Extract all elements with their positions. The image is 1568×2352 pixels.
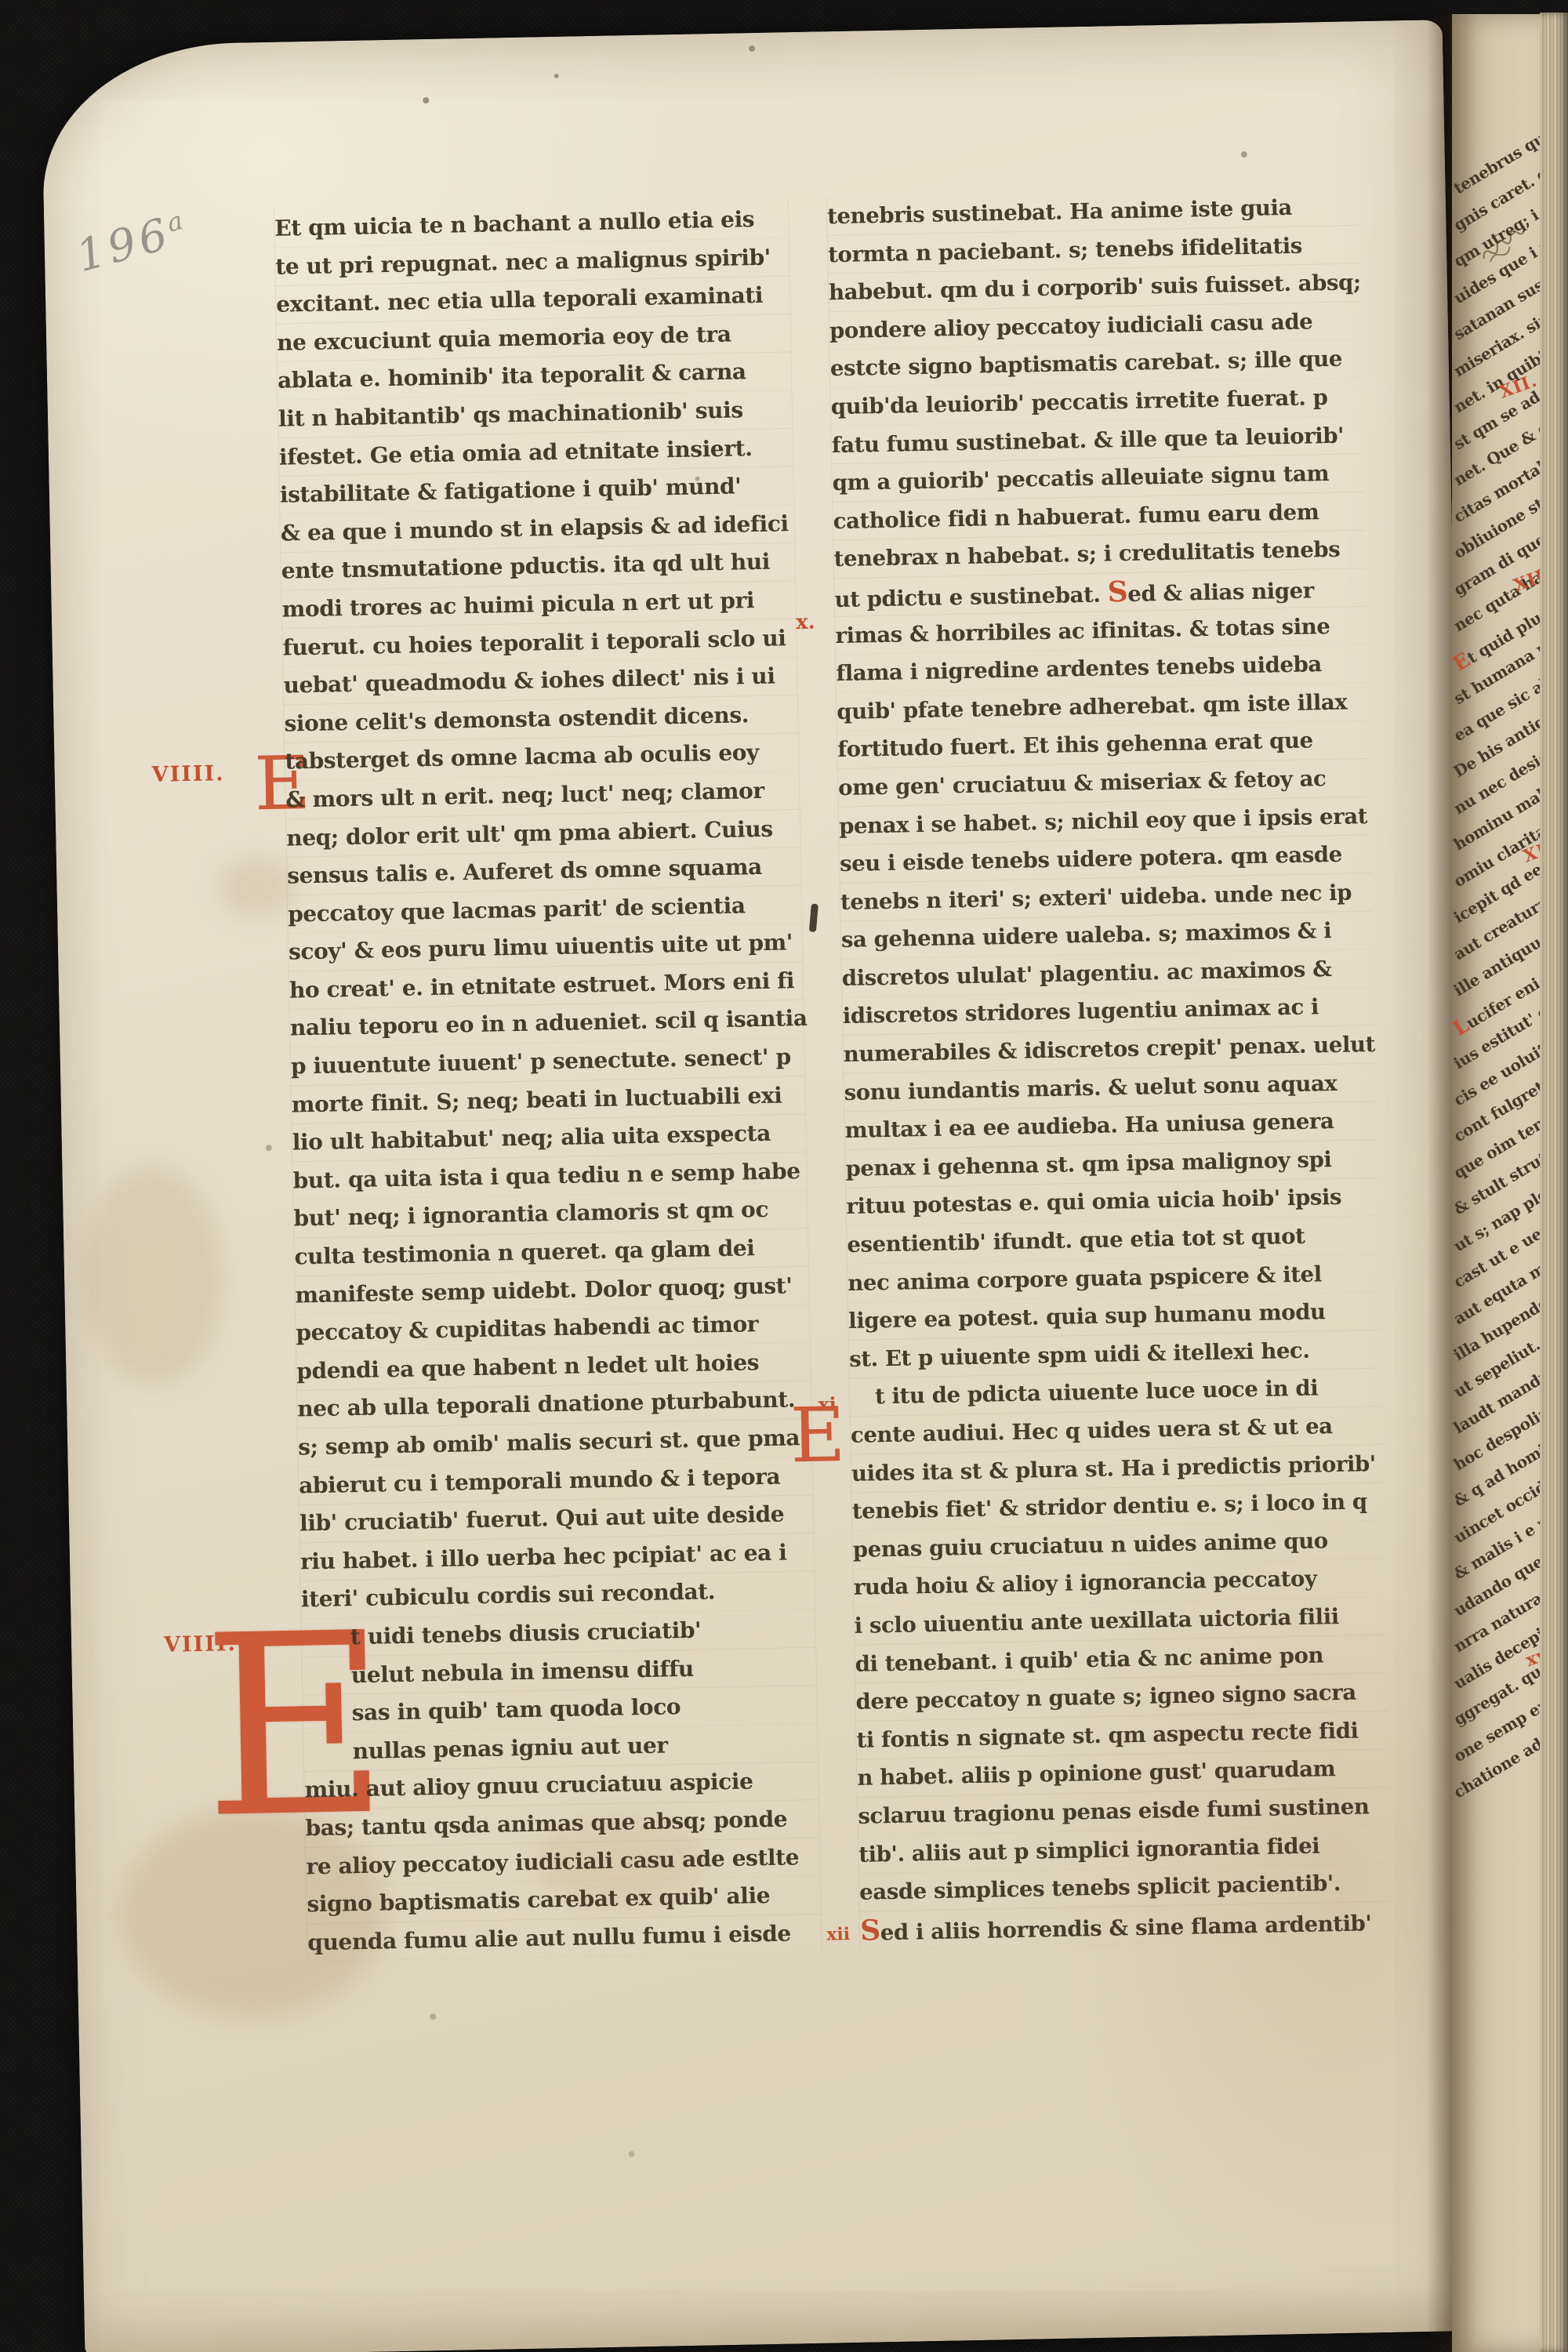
manuscript-page-left: 196a VIIII. x. VIIII. xi xii E E E Et qm… — [41, 20, 1486, 2352]
damp-stain — [217, 857, 296, 917]
chapter-numeral-xii: xii — [826, 1924, 850, 1945]
chapter-numeral-x: x. — [796, 611, 815, 634]
text-column-right: tenebris sustinebat. Ha anime iste guiat… — [826, 187, 1392, 1950]
chapter-numeral-viiii-top: VIIII. — [151, 761, 224, 787]
folio-number-pencil: 196a — [71, 203, 195, 282]
ink-smudge — [809, 903, 818, 932]
rubric-initial-inline: S — [860, 1914, 880, 1947]
ink-specks — [41, 46, 44, 49]
manuscript-spread-photo: 196a VIIII. x. VIIII. xi xii E E E Et qm… — [0, 0, 1568, 2352]
text-column-left: Et qm uicia te n bachant a nullo etia ei… — [274, 200, 822, 1962]
page-stack-edge — [1540, 13, 1568, 2352]
rubric-initial-inline: S — [1107, 575, 1127, 608]
damp-stain — [79, 1164, 224, 1386]
